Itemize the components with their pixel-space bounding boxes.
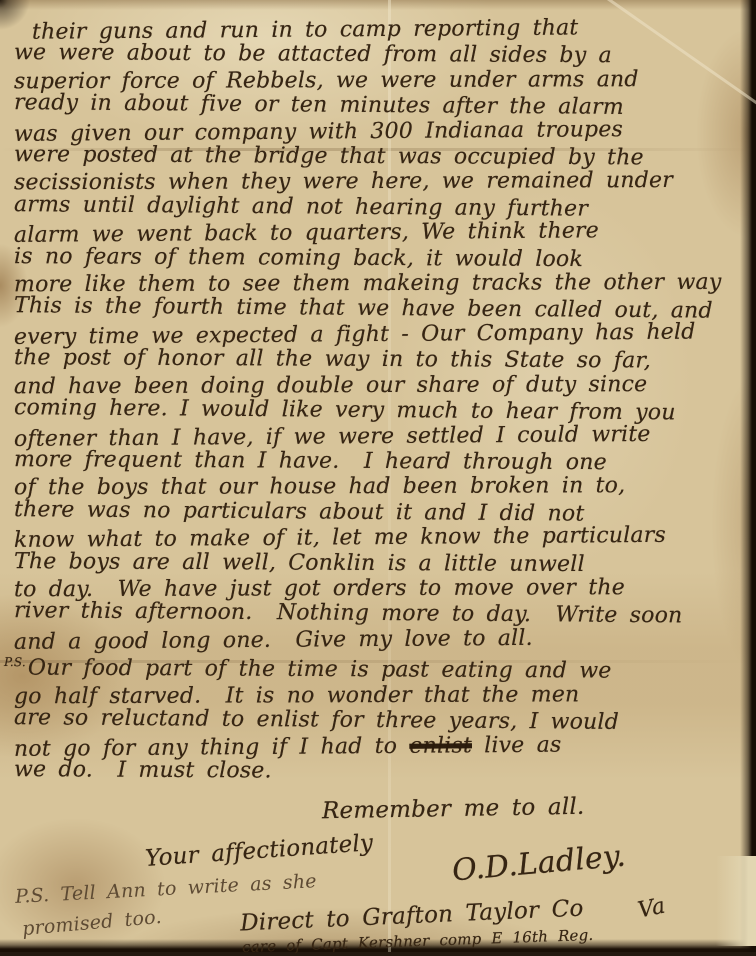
line-text: we do. I must close.: [14, 757, 272, 783]
letter-line: secissionists when they were here, we re…: [14, 168, 750, 196]
line-text: more frequent than I have. I heard throu…: [14, 447, 607, 475]
address-direction-state: Va: [636, 894, 668, 924]
letter-line: is no fears of them coming back, it woul…: [14, 244, 750, 273]
struck-word: enlist: [409, 733, 472, 758]
letter-line: the post of honor all the way in to this…: [14, 345, 750, 374]
letter-line: we were about to be attacted from all si…: [14, 40, 750, 69]
line-text: ready in about five or ten minutes after…: [14, 90, 624, 120]
letter-line: P.S.Our food part of the time is past ea…: [14, 650, 750, 685]
under-page-corner: [704, 856, 756, 946]
letter-line: were posted at the bridge that was occup…: [14, 142, 750, 171]
letter-line: of the boys that our house had been brok…: [14, 473, 750, 501]
line-text: we were about to be attacted from all si…: [14, 40, 612, 68]
letter-line: more frequent than I have. I heard throu…: [14, 447, 750, 476]
line-text: arms until daylight and not hearing any …: [14, 192, 588, 222]
line-text: were posted at the bridge that was occup…: [14, 142, 644, 170]
line-text: secissionists when they were here, we re…: [14, 168, 673, 195]
closing-remember: Remember me to all.: [322, 794, 585, 825]
letter-line: we do. I must close.: [14, 757, 750, 786]
line-text: river this afternoon. Nothing more to da…: [14, 598, 683, 628]
postscript-line-2: promised too.: [21, 906, 162, 940]
letter-paper: their guns and run in to camp reporting …: [0, 0, 756, 952]
ps-marker: P.S.: [4, 655, 26, 669]
line-text: of the boys that our house had been brok…: [14, 473, 625, 500]
line-text: is no fears of them coming back, it woul…: [14, 244, 583, 272]
line-text: live as: [472, 732, 562, 758]
line-text: The boys are all well, Conklin is a litt…: [14, 549, 585, 577]
signature: O.D.Ladley.: [451, 838, 627, 888]
closing-valediction: Your affectionately: [144, 830, 374, 872]
line-text: Our food part of the time is past eating…: [28, 656, 612, 684]
line-text: the post of honor all the way in to this…: [14, 345, 651, 373]
line-text: know what to make of it, let me know the…: [14, 523, 666, 553]
line-text: there was no particulars about it and I …: [14, 497, 585, 526]
letter-line: The boys are all well, Conklin is a litt…: [14, 549, 750, 578]
line-text: are so reluctand to enlist for three yea…: [14, 705, 619, 735]
letter-body: their guns and run in to camp reporting …: [14, 17, 750, 785]
line-text: coming here. I would like very much to h…: [14, 395, 676, 425]
postscript-line-1: P.S. Tell Ann to write as she: [15, 870, 318, 908]
